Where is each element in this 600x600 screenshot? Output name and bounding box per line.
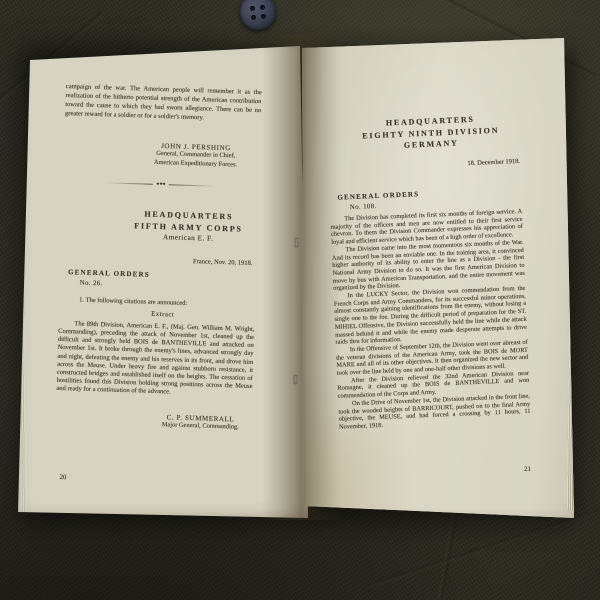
binding-staple-bottom bbox=[294, 375, 297, 384]
dateline: France, Nov. 20, 1918. bbox=[60, 254, 252, 267]
headquarters-heading: HEADQUARTERS EIGHTY NINTH DIVISION GERMA… bbox=[334, 112, 527, 155]
dateline: 18. December 1918. bbox=[328, 158, 520, 173]
general-orders-number: No. 26. bbox=[80, 280, 103, 288]
photo-of-open-booklet: campaign of the war. The American people… bbox=[0, 0, 600, 600]
left-page-content: campaign of the war. The American people… bbox=[52, 82, 262, 528]
order-body: The Division has completed its first six… bbox=[330, 208, 531, 432]
right-page-content: HEADQUARTERS EIGHTY NINTH DIVISION GERMA… bbox=[326, 110, 535, 518]
divider-line bbox=[105, 182, 153, 184]
extract-label: Extract bbox=[83, 309, 243, 321]
general-orders-number: No. 108. bbox=[350, 203, 377, 211]
general-orders-label: GENERAL ORDERS bbox=[68, 268, 150, 279]
order-paragraph: In the LUCKY Sector, the Division won co… bbox=[333, 285, 527, 347]
headquarters-heading: HEADQUARTERS FIFTH ARMY CORPS American E… bbox=[108, 207, 269, 246]
intro-paragraph: campaign of the war. The American people… bbox=[65, 82, 262, 124]
page-number: 21 bbox=[491, 466, 531, 475]
left-page: campaign of the war. The American people… bbox=[16, 36, 308, 520]
right-page: HEADQUARTERS EIGHTY NINTH DIVISION GERMA… bbox=[296, 28, 580, 524]
signature-block-summerall: C. P. SUMMERALL Major General, Commandin… bbox=[134, 412, 266, 433]
signature-block-pershing: JOHN J. PERSHING General, Commander in C… bbox=[125, 141, 266, 171]
page-number: 20 bbox=[59, 474, 66, 481]
divider-line bbox=[169, 184, 217, 186]
open-booklet: campaign of the war. The American people… bbox=[0, 0, 600, 600]
citation-paragraph: The 89th Division, American E. F., (Maj.… bbox=[56, 320, 254, 400]
binding-staple-top bbox=[295, 238, 298, 247]
divider-ornament: ◆◆◆ bbox=[105, 179, 217, 189]
ornament-glyph: ◆◆◆ bbox=[156, 182, 165, 186]
general-orders-label: GENERAL ORDERS bbox=[337, 190, 419, 201]
citations-announcement: 1. The following citations are announced… bbox=[79, 297, 255, 310]
order-paragraph: The Division came into the most momentou… bbox=[331, 239, 525, 293]
